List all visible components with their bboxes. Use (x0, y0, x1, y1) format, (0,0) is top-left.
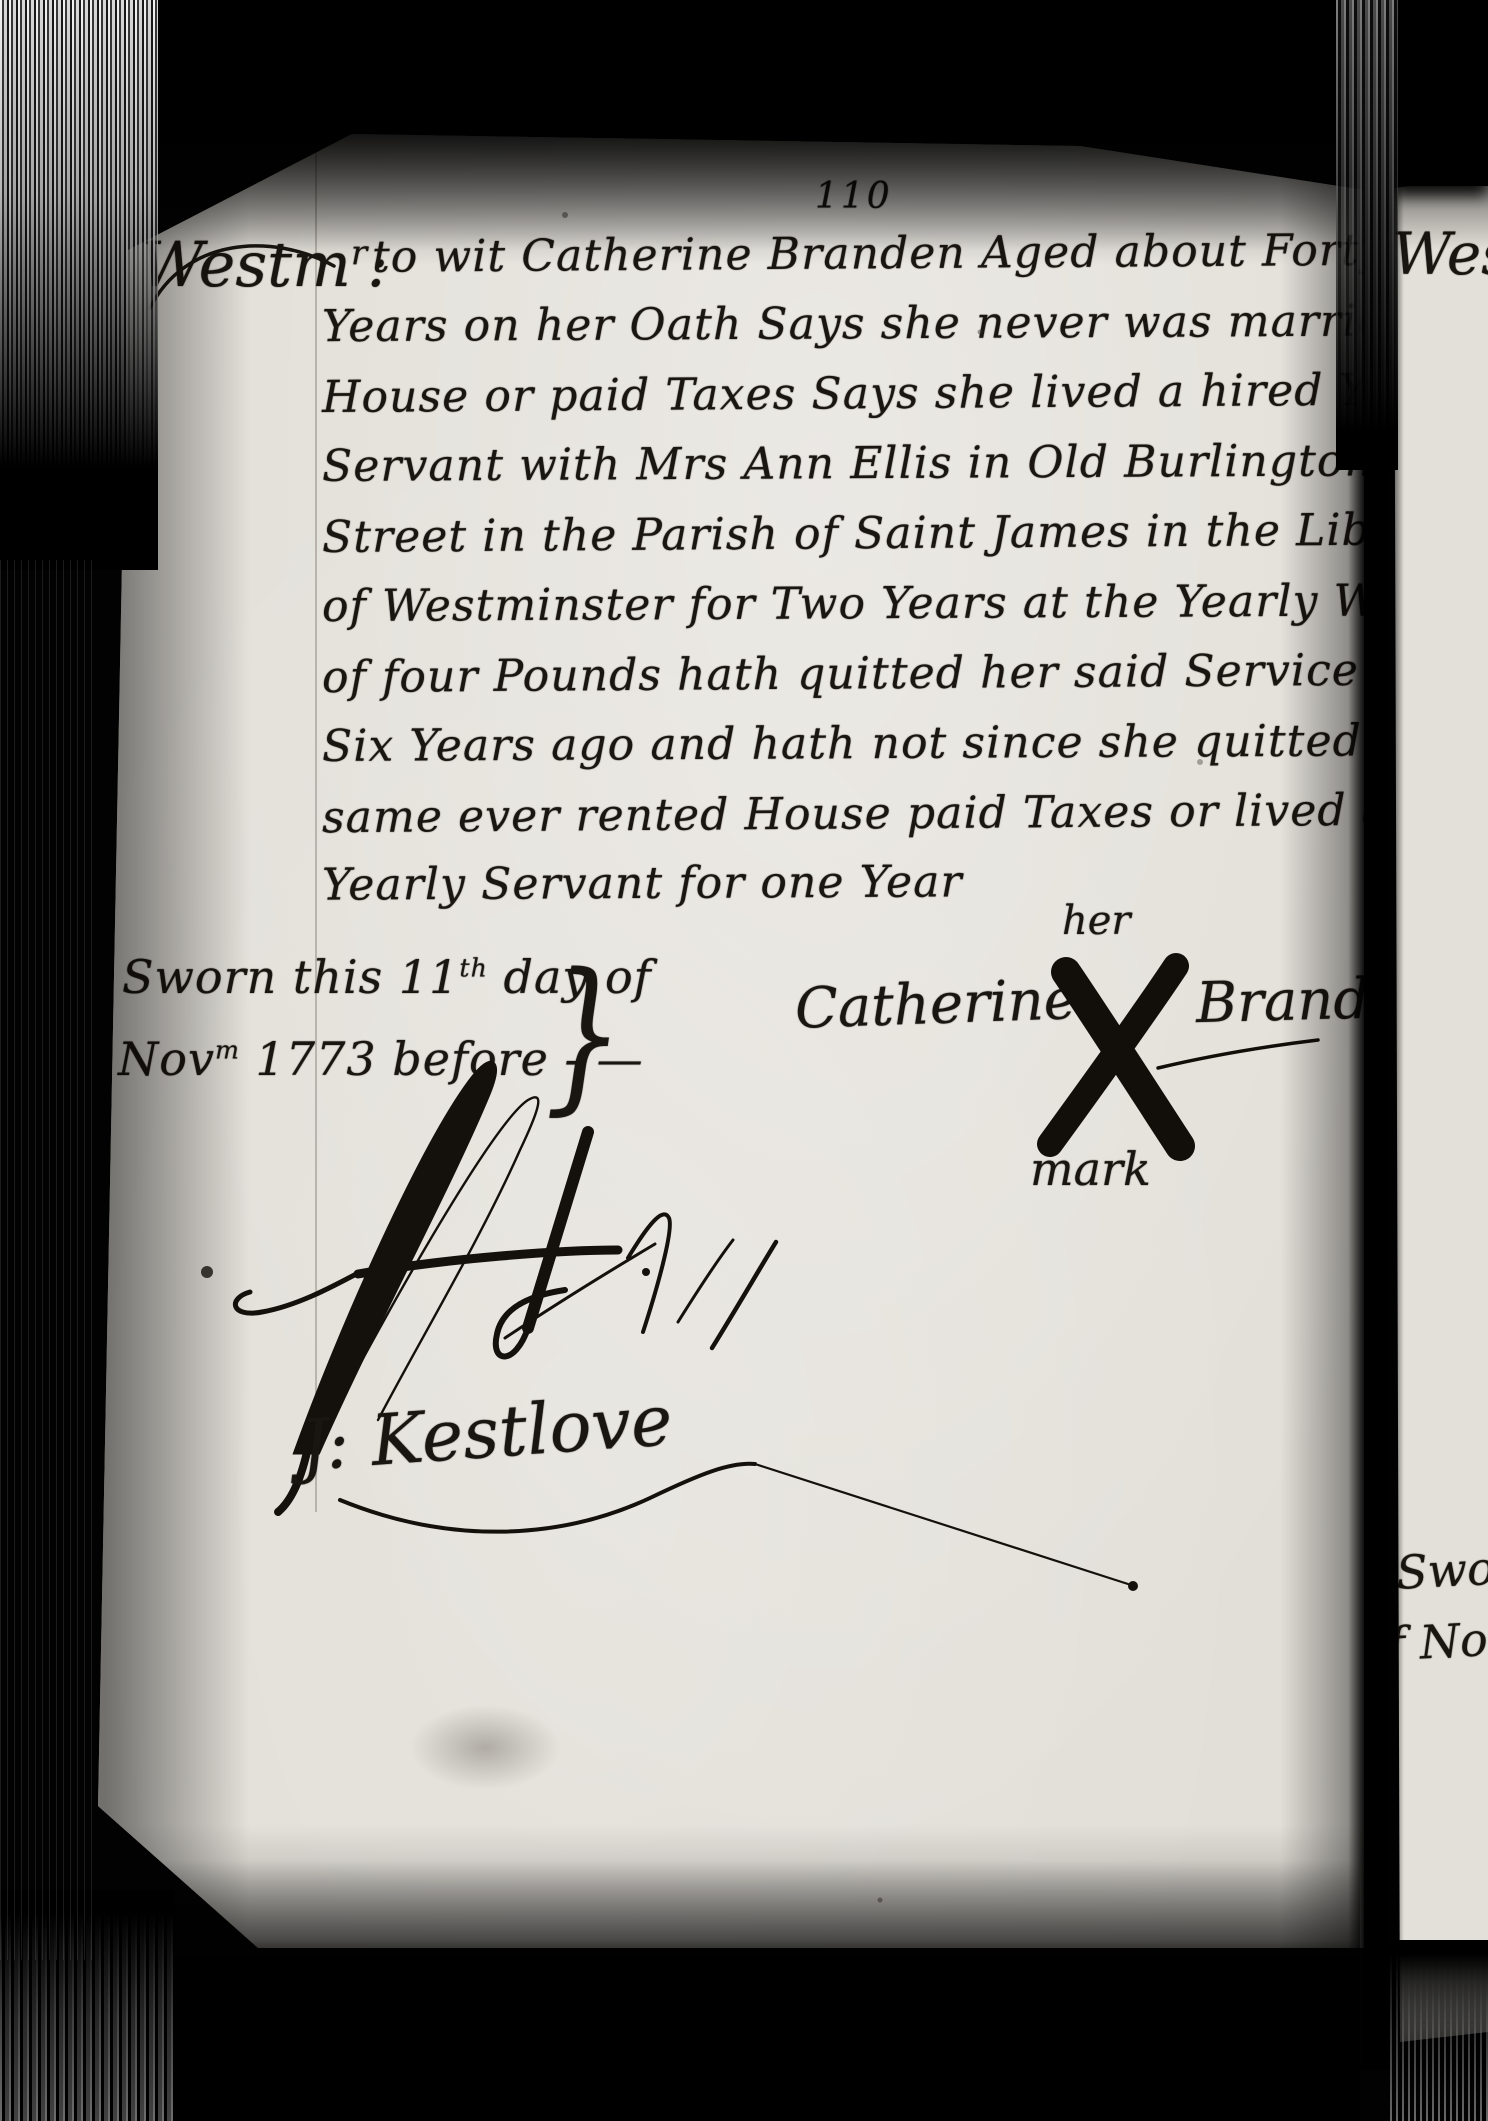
adjacent-fragment-sworn: Sworn (1395, 1538, 1488, 1600)
microfilm-scan: 110 Westmr: to wit Catherine Branden Age… (0, 0, 1488, 2121)
adjacent-heading-fragment: Westm (1392, 220, 1488, 288)
ink-smudge (410, 1705, 560, 1790)
her-mark-x (1050, 966, 1318, 1146)
adjacent-fragment-nov: f Nov (1387, 1611, 1488, 1671)
film-streaks-left-edge (0, 560, 95, 1960)
westm-arc-flourish (150, 246, 334, 308)
manuscript-ink-layer: 110 Westmr: to wit Catherine Branden Age… (0, 0, 1488, 2121)
film-border-top-right (1392, 0, 1488, 186)
ink-specks (201, 212, 1203, 1903)
film-streaks-bottom-left (0, 1890, 175, 2121)
ink-drawings (0, 0, 1488, 2121)
signature-underline-tail (340, 1464, 1138, 1591)
